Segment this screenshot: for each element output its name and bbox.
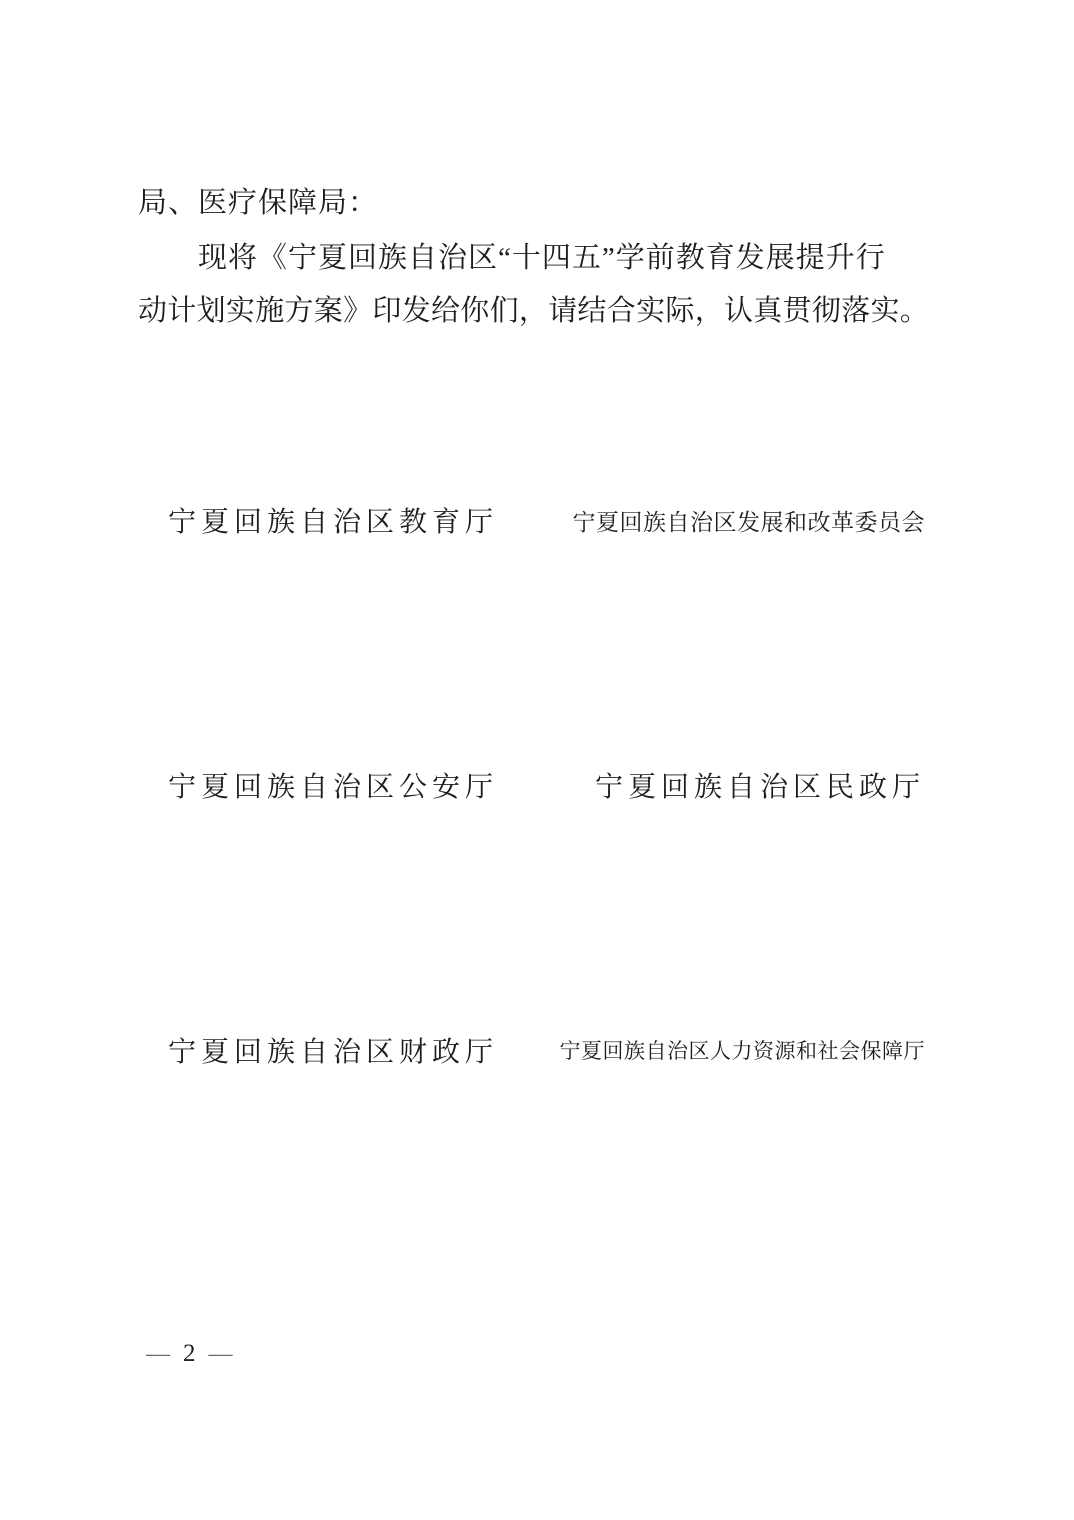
signatory-row-1: 宁夏回族自治区教育厅 宁夏回族自治区发展和改革委员会 bbox=[168, 500, 925, 540]
signatory-public-security-department: 宁夏回族自治区公安厅 bbox=[168, 765, 498, 805]
page-number: 2 bbox=[183, 1340, 196, 1368]
signatory-row-3: 宁夏回族自治区财政厅 宁夏回族自治区人力资源和社会保障厅 bbox=[168, 1030, 925, 1070]
body-paragraph-line-2: 动计划实施方案》印发给你们，请结合实际，认真贯彻落实。 bbox=[138, 288, 929, 329]
signatory-human-resources-social-security-department: 宁夏回族自治区人力资源和社会保障厅 bbox=[560, 1035, 926, 1065]
salutation-line: 局、医疗保障局： bbox=[138, 180, 378, 221]
signatory-row-2: 宁夏回族自治区公安厅 宁夏回族自治区民政厅 bbox=[168, 765, 925, 805]
signatory-civil-affairs-department: 宁夏回族自治区民政厅 bbox=[595, 765, 925, 805]
signatory-finance-department: 宁夏回族自治区财政厅 bbox=[168, 1030, 498, 1070]
body-paragraph-line-1: 现将《宁夏回族自治区“十四五”学前教育发展提升行 bbox=[198, 235, 886, 276]
page-number-footer: — 2 — bbox=[146, 1340, 233, 1368]
footer-dash-right: — bbox=[209, 1341, 233, 1368]
footer-dash-left: — bbox=[146, 1341, 170, 1368]
signatory-development-reform-commission: 宁夏回族自治区发展和改革委员会 bbox=[573, 504, 926, 537]
document-page: 局、医疗保障局： 现将《宁夏回族自治区“十四五”学前教育发展提升行 动计划实施方… bbox=[0, 0, 1074, 1520]
signatory-education-department: 宁夏回族自治区教育厅 bbox=[168, 500, 498, 540]
